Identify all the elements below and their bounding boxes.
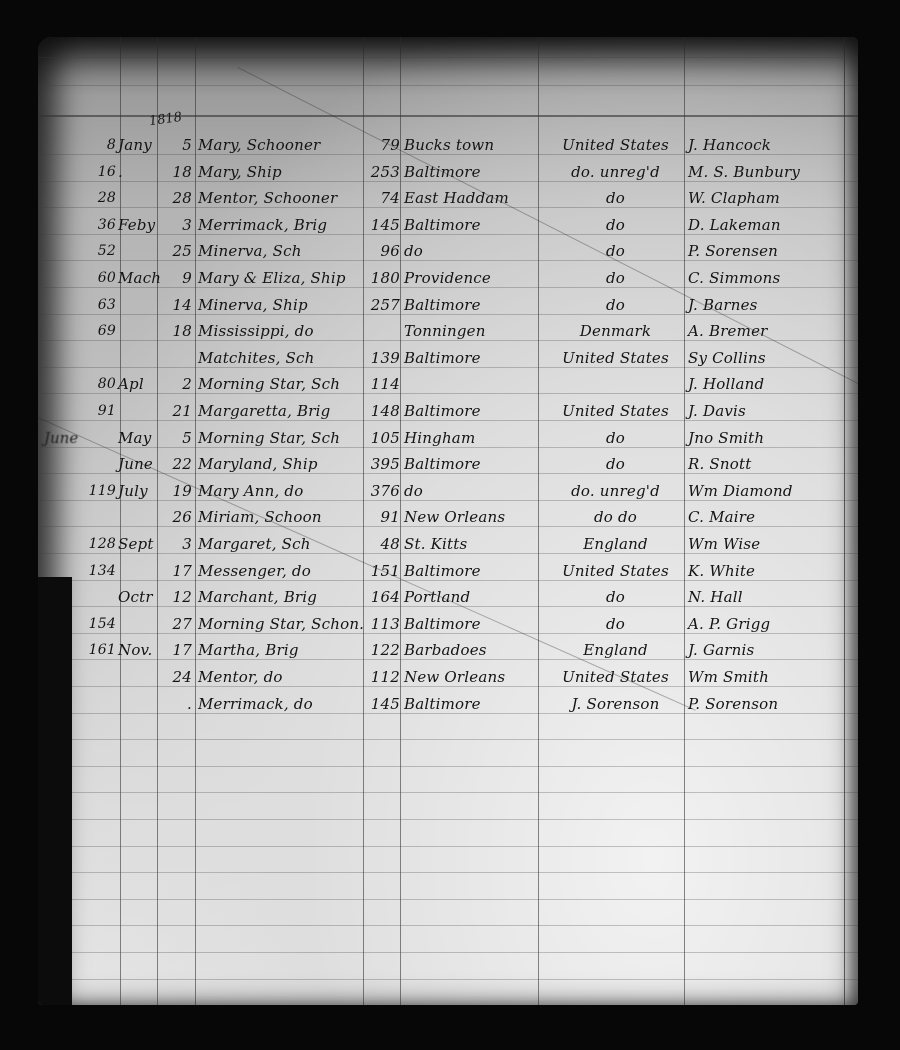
ledger-row: May 5 Morning Star, Sch 105 Hingham do J… (38, 425, 858, 451)
master-name: Wm Diamond (688, 478, 858, 504)
tonnage: 74 (360, 185, 400, 211)
entry-day: 17 (164, 558, 192, 584)
nation: England (543, 531, 688, 557)
entry-number: 63 (80, 292, 116, 318)
entry-day: 27 (164, 611, 192, 637)
nation: England (543, 637, 688, 663)
vessel-name-rig: Mississippi, do (198, 318, 398, 344)
ledger-row: 154 27 Morning Star, Schon. 113 Baltimor… (38, 611, 858, 637)
entry-month: Apl (118, 371, 164, 397)
ledger-row: 134 17 Messenger, do 151 Baltimore Unite… (38, 558, 858, 584)
tonnage: 79 (360, 132, 400, 158)
nation: do (543, 265, 688, 291)
nation: J. Sorenson (543, 691, 688, 717)
home-port: East Haddam (404, 185, 536, 211)
tonnage: 253 (360, 159, 400, 185)
nation: United States (543, 398, 688, 424)
row-rule (38, 766, 858, 767)
home-port: Baltimore (404, 451, 536, 477)
master-name: C. Simmons (688, 265, 858, 291)
entry-day: 21 (164, 398, 192, 424)
entry-day: 25 (164, 238, 192, 264)
ledger-row: . Merrimack, do 145 Baltimore J. Sorenso… (38, 691, 858, 717)
master-name: D. Lakeman (688, 212, 858, 238)
home-port: St. Kitts (404, 531, 536, 557)
master-name: Wm Smith (688, 664, 858, 690)
entry-day: 19 (164, 478, 192, 504)
entry-day: 26 (164, 504, 192, 530)
home-port: Portland (404, 584, 536, 610)
home-port: Baltimore (404, 558, 536, 584)
master-name: Jno Smith (688, 425, 858, 451)
entry-day: . (164, 691, 192, 717)
tonnage: 96 (360, 238, 400, 264)
entry-month: Octr (118, 584, 164, 610)
nation: do (543, 185, 688, 211)
home-port: Hingham (404, 425, 536, 451)
entry-month: Nov. (118, 637, 164, 663)
row-rule (38, 872, 858, 873)
ledger-row: Matchites, Sch 139 Baltimore United Stat… (38, 345, 858, 371)
ledger-row: June 22 Maryland, Ship 395 Baltimore do … (38, 451, 858, 477)
tonnage: 151 (360, 558, 400, 584)
master-name: N. Hall (688, 584, 858, 610)
entry-day: 3 (164, 212, 192, 238)
tonnage: 148 (360, 398, 400, 424)
ledger-row: 28 28 Mentor, Schooner 74 East Haddam do… (38, 185, 858, 211)
home-port: Baltimore (404, 691, 536, 717)
nation: do (543, 425, 688, 451)
master-name: P. Sorensen (688, 238, 858, 264)
entry-month: July (118, 478, 164, 504)
entry-number: 134 (80, 558, 116, 584)
entry-day: 22 (164, 451, 192, 477)
entry-number: 8 (80, 132, 116, 158)
master-name: Wm Wise (688, 531, 858, 557)
master-name: R. Snott (688, 451, 858, 477)
ledger-row: 8 Jany 5 Mary, Schooner 79 Bucks town Un… (38, 132, 858, 158)
home-port: Baltimore (404, 398, 536, 424)
row-rule (38, 925, 858, 926)
master-name: W. Clapham (688, 185, 858, 211)
entry-month: Jany (118, 132, 164, 158)
home-port: New Orleans (404, 504, 536, 530)
tonnage: 114 (360, 371, 400, 397)
ledger-row: Octr 12 Marchant, Brig 164 Portland do N… (38, 584, 858, 610)
entry-number: 128 (80, 531, 116, 557)
master-name: M. S. Bunbury (688, 159, 858, 185)
tonnage: 395 (360, 451, 400, 477)
row-rule (38, 819, 858, 820)
entry-number: 28 (80, 185, 116, 211)
master-name: J. Holland (688, 371, 858, 397)
ledger-row: 128 Sept 3 Margaret, Sch 48 St. Kitts En… (38, 531, 858, 557)
nation: Denmark (543, 318, 688, 344)
nation: do do (543, 504, 688, 530)
entry-month: May (118, 425, 164, 451)
home-port: Barbadoes (404, 637, 536, 663)
entry-number: 119 (80, 478, 116, 504)
tonnage: 48 (360, 531, 400, 557)
nation: do (543, 292, 688, 318)
entry-number: 161 (80, 637, 116, 663)
tonnage: 145 (360, 212, 400, 238)
nation: do (543, 451, 688, 477)
entry-day: 28 (164, 185, 192, 211)
entry-day: 24 (164, 664, 192, 690)
tonnage: 180 (360, 265, 400, 291)
ledger-row: 16 . 18 Mary, Ship 253 Baltimore do. unr… (38, 159, 858, 185)
entry-day: 18 (164, 318, 192, 344)
entry-month: Sept (118, 531, 164, 557)
entry-day: 2 (164, 371, 192, 397)
tonnage: 113 (360, 611, 400, 637)
master-name: P. Sorenson (688, 691, 858, 717)
entry-day: 5 (164, 425, 192, 451)
entry-day: 9 (164, 265, 192, 291)
home-port: do (404, 238, 536, 264)
ledger-row: 161 Nov. 17 Martha, Brig 122 Barbadoes E… (38, 637, 858, 663)
tonnage: 91 (360, 504, 400, 530)
entry-day: 12 (164, 584, 192, 610)
entry-number: 36 (80, 212, 116, 238)
home-port: Baltimore (404, 611, 536, 637)
entry-number: 60 (80, 265, 116, 291)
tonnage: 376 (360, 478, 400, 504)
home-port: Baltimore (404, 292, 536, 318)
ledger-row: 80 Apl 2 Morning Star, Sch 114 J. Hollan… (38, 371, 858, 397)
master-name: C. Maire (688, 504, 858, 530)
home-port: Baltimore (404, 212, 536, 238)
nation: do (543, 238, 688, 264)
nation: United States (543, 664, 688, 690)
entry-month: June (118, 451, 164, 477)
entry-number: 16 (80, 159, 116, 185)
nation: United States (543, 558, 688, 584)
row-rule (38, 846, 858, 847)
nation: United States (543, 132, 688, 158)
home-port: do (404, 478, 536, 504)
nation: do. unreg'd (543, 478, 688, 504)
row-rule (38, 952, 858, 953)
home-port: Tonningen (404, 318, 536, 344)
tonnage: 122 (360, 637, 400, 663)
master-name: A. Bremer (688, 318, 858, 344)
entry-number: 91 (80, 398, 116, 424)
entry-number: 80 (80, 371, 116, 397)
row-rule (38, 899, 858, 900)
ledger-row: 91 21 Margaretta, Brig 148 Baltimore Uni… (38, 398, 858, 424)
ledger-row: 60 Mach 9 Mary & Eliza, Ship 180 Provide… (38, 265, 858, 291)
master-name: Sy Collins (688, 345, 858, 371)
master-name: J. Garnis (688, 637, 858, 663)
master-name: J. Hancock (688, 132, 858, 158)
entry-month: . (118, 159, 164, 185)
ledger-row: 63 14 Minerva, Ship 257 Baltimore do J. … (38, 292, 858, 318)
home-port: Providence (404, 265, 536, 291)
ledger-row: 36 Feby 3 Merrimack, Brig 145 Baltimore … (38, 212, 858, 238)
row-rule (38, 739, 858, 740)
ledger-row: 119 July 19 Mary Ann, do 376 do do. unre… (38, 478, 858, 504)
entry-month: Mach (118, 265, 164, 291)
home-port: Baltimore (404, 345, 536, 371)
tonnage: 105 (360, 425, 400, 451)
master-name: J. Barnes (688, 292, 858, 318)
entry-day: 18 (164, 159, 192, 185)
master-name: J. Davis (688, 398, 858, 424)
row-rule (38, 57, 858, 58)
tonnage: 139 (360, 345, 400, 371)
entry-day: 17 (164, 637, 192, 663)
ledger-row: 69 18 Mississippi, do Tonningen Denmark … (38, 318, 858, 344)
tonnage: 145 (360, 691, 400, 717)
year-heading: 1818 (148, 110, 183, 129)
entry-number: 52 (80, 238, 116, 264)
entry-number: 69 (80, 318, 116, 344)
row-rule (38, 85, 858, 86)
entry-number: 154 (80, 611, 116, 637)
ledger-row: 52 25 Minerva, Sch 96 do do P. Sorensen (38, 238, 858, 264)
home-port: New Orleans (404, 664, 536, 690)
ledger-row: 24 Mentor, do 112 New Orleans United Sta… (38, 664, 858, 690)
ledger-page: 1818 June 8 Jany 5 Mary, Schooner 79 Buc… (38, 37, 858, 1005)
nation: do (543, 212, 688, 238)
entry-month: Feby (118, 212, 164, 238)
nation: United States (543, 345, 688, 371)
nation: do. unreg'd (543, 159, 688, 185)
row-rule (38, 792, 858, 793)
home-port: Baltimore (404, 159, 536, 185)
tonnage: 164 (360, 584, 400, 610)
master-name: A. P. Grigg (688, 611, 858, 637)
row-rule (38, 979, 858, 980)
tonnage: 257 (360, 292, 400, 318)
entry-day: 14 (164, 292, 192, 318)
home-port: Bucks town (404, 132, 536, 158)
ledger-row: 26 Miriam, Schoon 91 New Orleans do do C… (38, 504, 858, 530)
entry-day: 3 (164, 531, 192, 557)
nation: do (543, 584, 688, 610)
entry-day: 5 (164, 132, 192, 158)
tonnage: 112 (360, 664, 400, 690)
nation: do (543, 611, 688, 637)
master-name: K. White (688, 558, 858, 584)
